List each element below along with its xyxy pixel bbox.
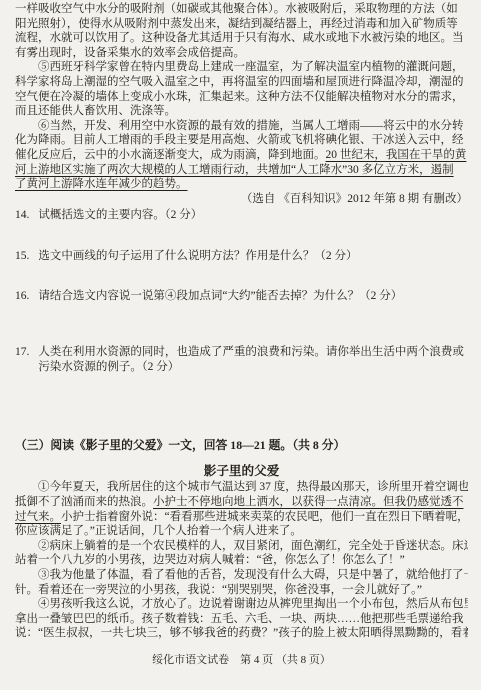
passage-water-resources: 一样吸收空气中水分的吸附剂（如碳或其他聚合体）。水被吸附后，采取物理的方法（如 …: [15, 2, 468, 206]
question-17: 17. 人类在利用水资源的同时，也造成了严重的浪费和污染。请你举出生活中两个浪费…: [15, 345, 468, 374]
text-segment: 小护士指着窗外说：“看看那些进城来卖菜的农民吧，他们一直在烈日下晒着呢，: [61, 511, 468, 523]
text-segment: 流程，水就可以饮用了。这种设备尤其适用于只有海水、咸水或地下水被污染的地区。当: [15, 32, 464, 44]
text-segment: 催化反应后，云中的小水滴逐渐变大，成为雨滴，降到地面。: [15, 149, 326, 161]
text-segment: 而且还能供人畜饮用、洗涤等。: [15, 105, 176, 117]
text-segment: 化为降雨。目前人工增雨的手段主要是用高炮、火箭或飞机将碘化银、干冰送入云中，经: [15, 134, 464, 146]
question-15: 15. 选文中画线的句子运用了什么说明方法？作用是什么？（2 分）: [15, 249, 468, 264]
question-number: 17.: [15, 345, 29, 360]
question-text: 人类在利用水资源的同时，也造成了严重的浪费和污染。请你举出生活中两个浪费或 污染…: [38, 345, 468, 374]
text-line: 而且还能供人畜饮用、洗涤等。: [15, 104, 468, 119]
underlined-segment: 小护士不停地向地上洒水，以获得一点清凉。但我仍感觉透不: [153, 496, 464, 508]
text-segment: 站着一个八九岁的小男孩，边哭边对病人喊着：“爸，你怎么了！你怎么了！”: [15, 554, 405, 566]
text-segment: 阳光照射），使得水从吸附剂中蒸发出来，凝结到凝结器上，再经过消毒和加入矿物质等: [15, 18, 458, 30]
text-line: 流程，水就可以饮用了。这种设备尤其适用于只有海水、咸水或地下水被污染的地区。当: [15, 31, 468, 46]
text-line: 阳光照射），使得水从吸附剂中蒸发出来，凝结到凝结器上，再经过消毒和加入矿物质等: [15, 17, 468, 32]
text-segment: 针。看着还在一旁哭泣的小男孩，我说：“别哭别哭，你爸没事，一会儿就好了。”: [15, 584, 422, 596]
text-segment: 科学家将岛上潮湿的空气吸入温室之中，再将温室的四面墙和屋顶进行降温冷却，潮湿的: [15, 76, 464, 88]
text-line: 有雾出现时，设备采集水的效率会成倍提高。: [15, 46, 468, 61]
underlined-segment: 过气来。: [15, 511, 61, 523]
text-segment: 你应该满足了。”正说话间，几个人抬着一个病人进来了。: [15, 525, 302, 537]
text-line-paragraph-1-start: ①今年夏天，我所居住的这个城市气温达到 37 度，热得最凶那天，诊所里开着空调也: [15, 480, 468, 495]
source-attribution: （选自 《百科知识》2012 年第 8 期 有删改）: [15, 192, 468, 207]
essay-shadow-father-love: ①今年夏天，我所居住的这个城市气温达到 37 度，热得最凶那天，诊所里开着空调也…: [15, 480, 468, 641]
text-segment: ①今年夏天，我所居住的这个城市气温达到 37 度，热得最凶那天，诊所里开着空调也: [38, 481, 468, 493]
text-line: 一样吸收空气中水分的吸附剂（如碳或其他聚合体）。水被吸附后，采取物理的方法（如: [15, 2, 468, 17]
essay-title: 影子里的父爱: [15, 464, 468, 479]
question-text: 选文中画线的句子运用了什么说明方法？作用是什么？（2 分）: [38, 249, 357, 264]
text-line: 过气来。小护士指着窗外说：“看看那些进城来卖菜的农民吧，他们一直在烈日下晒着呢，: [15, 510, 468, 525]
text-line: 河上游地区实施了两次大规模的人工增雨行动，共增加“人工降水”30 多亿立方米，遏…: [15, 163, 468, 178]
question-text-line: 人类在利用水资源的同时，也造成了严重的浪费和污染。请你举出生活中两个浪费或: [38, 346, 464, 358]
text-line: 拿出一叠皱巴巴的纸币。孩子数着钱：五毛、六毛、一块、两块……他把那些毛票递给我: [15, 612, 468, 627]
text-segment: 空气便在冷凝的墙体上变成小水珠，汇集起来。这种方法不仅能解决植物对水分的需求，: [15, 91, 464, 103]
text-line-paragraph-4-start: ④男孩听我这么说，才放心了。边说着谢谢边从裤兜里掏出一个小布包，然后从布包里: [15, 597, 468, 612]
text-line: 催化反应后，云中的小水滴逐渐变大，成为雨滴，降到地面。20 世纪末，我国在干旱的…: [15, 148, 468, 163]
text-line-paragraph-6-start: ⑥当然，开发、利用空中水资源的最有效的措施，当属人工增雨——将云中的水分转: [15, 119, 468, 134]
question-number: 16.: [15, 289, 29, 304]
text-segment: 有雾出现时，设备采集水的效率会成倍提高。: [15, 47, 245, 59]
underlined-segment: 河上游地区实施了两次大规模的人工增雨行动，共增加“人工降水”30 多亿立方米，遏…: [15, 164, 454, 176]
question-14: 14. 试概括选文的主要内容。（2 分）: [15, 208, 468, 223]
text-line: 站着一个八九岁的小男孩，边哭边对病人喊着：“爸，你怎么了！你怎么了！”: [15, 553, 468, 568]
text-line: 抵御不了汹涌而来的热浪。小护士不停地向地上洒水，以获得一点清凉。但我仍感觉透不: [15, 495, 468, 510]
exam-page: 一样吸收空气中水分的吸附剂（如碳或其他聚合体）。水被吸附后，采取物理的方法（如 …: [0, 0, 481, 668]
text-segment: 说：“医生叔叔，一共七块三，够不够我爸的药费？”孩子的脸上被太阳晒得黑黝黝的，看…: [15, 627, 468, 639]
text-line-paragraph-2-start: ②病床上躺着的是一个农民模样的人，双目紧闭，面色潮红，完全处于昏迷状态。床边: [15, 539, 468, 554]
question-text: 请结合选文内容说一说第④段加点词“大约”能否去掉？为什么？（2 分）: [38, 289, 402, 304]
text-line: 说：“医生叔叔，一共七块三，够不够我爸的药费？”孩子的脸上被太阳晒得黑黝黝的，看…: [15, 626, 468, 641]
text-line: 了黄河上游降水连年减少的趋势。: [15, 177, 468, 192]
text-segment: 拿出一叠皱巴巴的纸币。孩子数着钱：五毛、六毛、一块、两块……他把那些毛票递给我: [15, 613, 464, 625]
question-text-line: 污染水资源的例子。（2 分）: [38, 361, 179, 373]
text-line: 空气便在冷凝的墙体上变成小水珠，汇集起来。这种方法不仅能解决植物对水分的需求，: [15, 90, 468, 105]
text-segment: （选自 《百科知识》2012 年第 8 期 有删改）: [241, 193, 468, 205]
text-line-paragraph-5-start: ⑤西班牙科学家曾在特内里费岛上建成一座温室，为了解决温室内植物的灌溉问题，: [15, 60, 468, 75]
text-segment: ⑤西班牙科学家曾在特内里费岛上建成一座温室，为了解决温室内植物的灌溉问题，: [38, 61, 464, 73]
text-line-paragraph-3-start: ③我为他量了体温，看了看他的舌苔，发现没有什么大碍，只是中暑了，就给他打了一: [15, 568, 468, 583]
question-number: 15.: [15, 249, 29, 264]
text-line: 科学家将岛上潮湿的空气吸入温室之中，再将温室的四面墙和屋顶进行降温冷却，潮湿的: [15, 75, 468, 90]
question-number: 14.: [15, 208, 29, 223]
text-segment: ②病床上躺着的是一个农民模样的人，双目紧闭，面色潮红，完全处于昏迷状态。床边: [38, 540, 468, 552]
text-line: 化为降雨。目前人工增雨的手段主要是用高炮、火箭或飞机将碘化银、干冰送入云中，经: [15, 133, 468, 148]
underlined-segment: 了黄河上游降水连年减少的趋势。: [15, 178, 188, 190]
text-line: 针。看着还在一旁哭泣的小男孩，我说：“别哭别哭，你爸没事，一会儿就好了。”: [15, 583, 468, 598]
page-footer: 绥化市语文试卷 第 4 页 （共 8 页）: [15, 653, 468, 668]
text-segment: 一样吸收空气中水分的吸附剂（如碳或其他聚合体）。水被吸附后，采取物理的方法（如: [15, 3, 458, 15]
question-16: 16. 请结合选文内容说一说第④段加点词“大约”能否去掉？为什么？（2 分）: [15, 289, 468, 304]
underlined-segment: 20 世纪末，我国在干旱的黄: [326, 149, 467, 161]
text-segment: ④男孩听我这么说，才放心了。边说着谢谢边从裤兜里掏出一个小布包，然后从布包里: [38, 598, 468, 610]
text-segment: ⑥当然，开发、利用空中水资源的最有效的措施，当属人工增雨——将云中的水分转: [38, 120, 464, 132]
text-segment: 抵御不了汹涌而来的热浪。: [15, 496, 153, 508]
section-3-header: （三）阅读《影子里的父爱》一文，回答 18—21 题。（共 8 分）: [15, 438, 468, 453]
text-line: 你应该满足了。”正说话间，几个人抬着一个病人进来了。: [15, 524, 468, 539]
text-segment: ③我为他量了体温，看了看他的舌苔，发现没有什么大碍，只是中暑了，就给他打了一: [38, 569, 468, 581]
question-text: 试概括选文的主要内容。（2 分）: [38, 208, 202, 223]
